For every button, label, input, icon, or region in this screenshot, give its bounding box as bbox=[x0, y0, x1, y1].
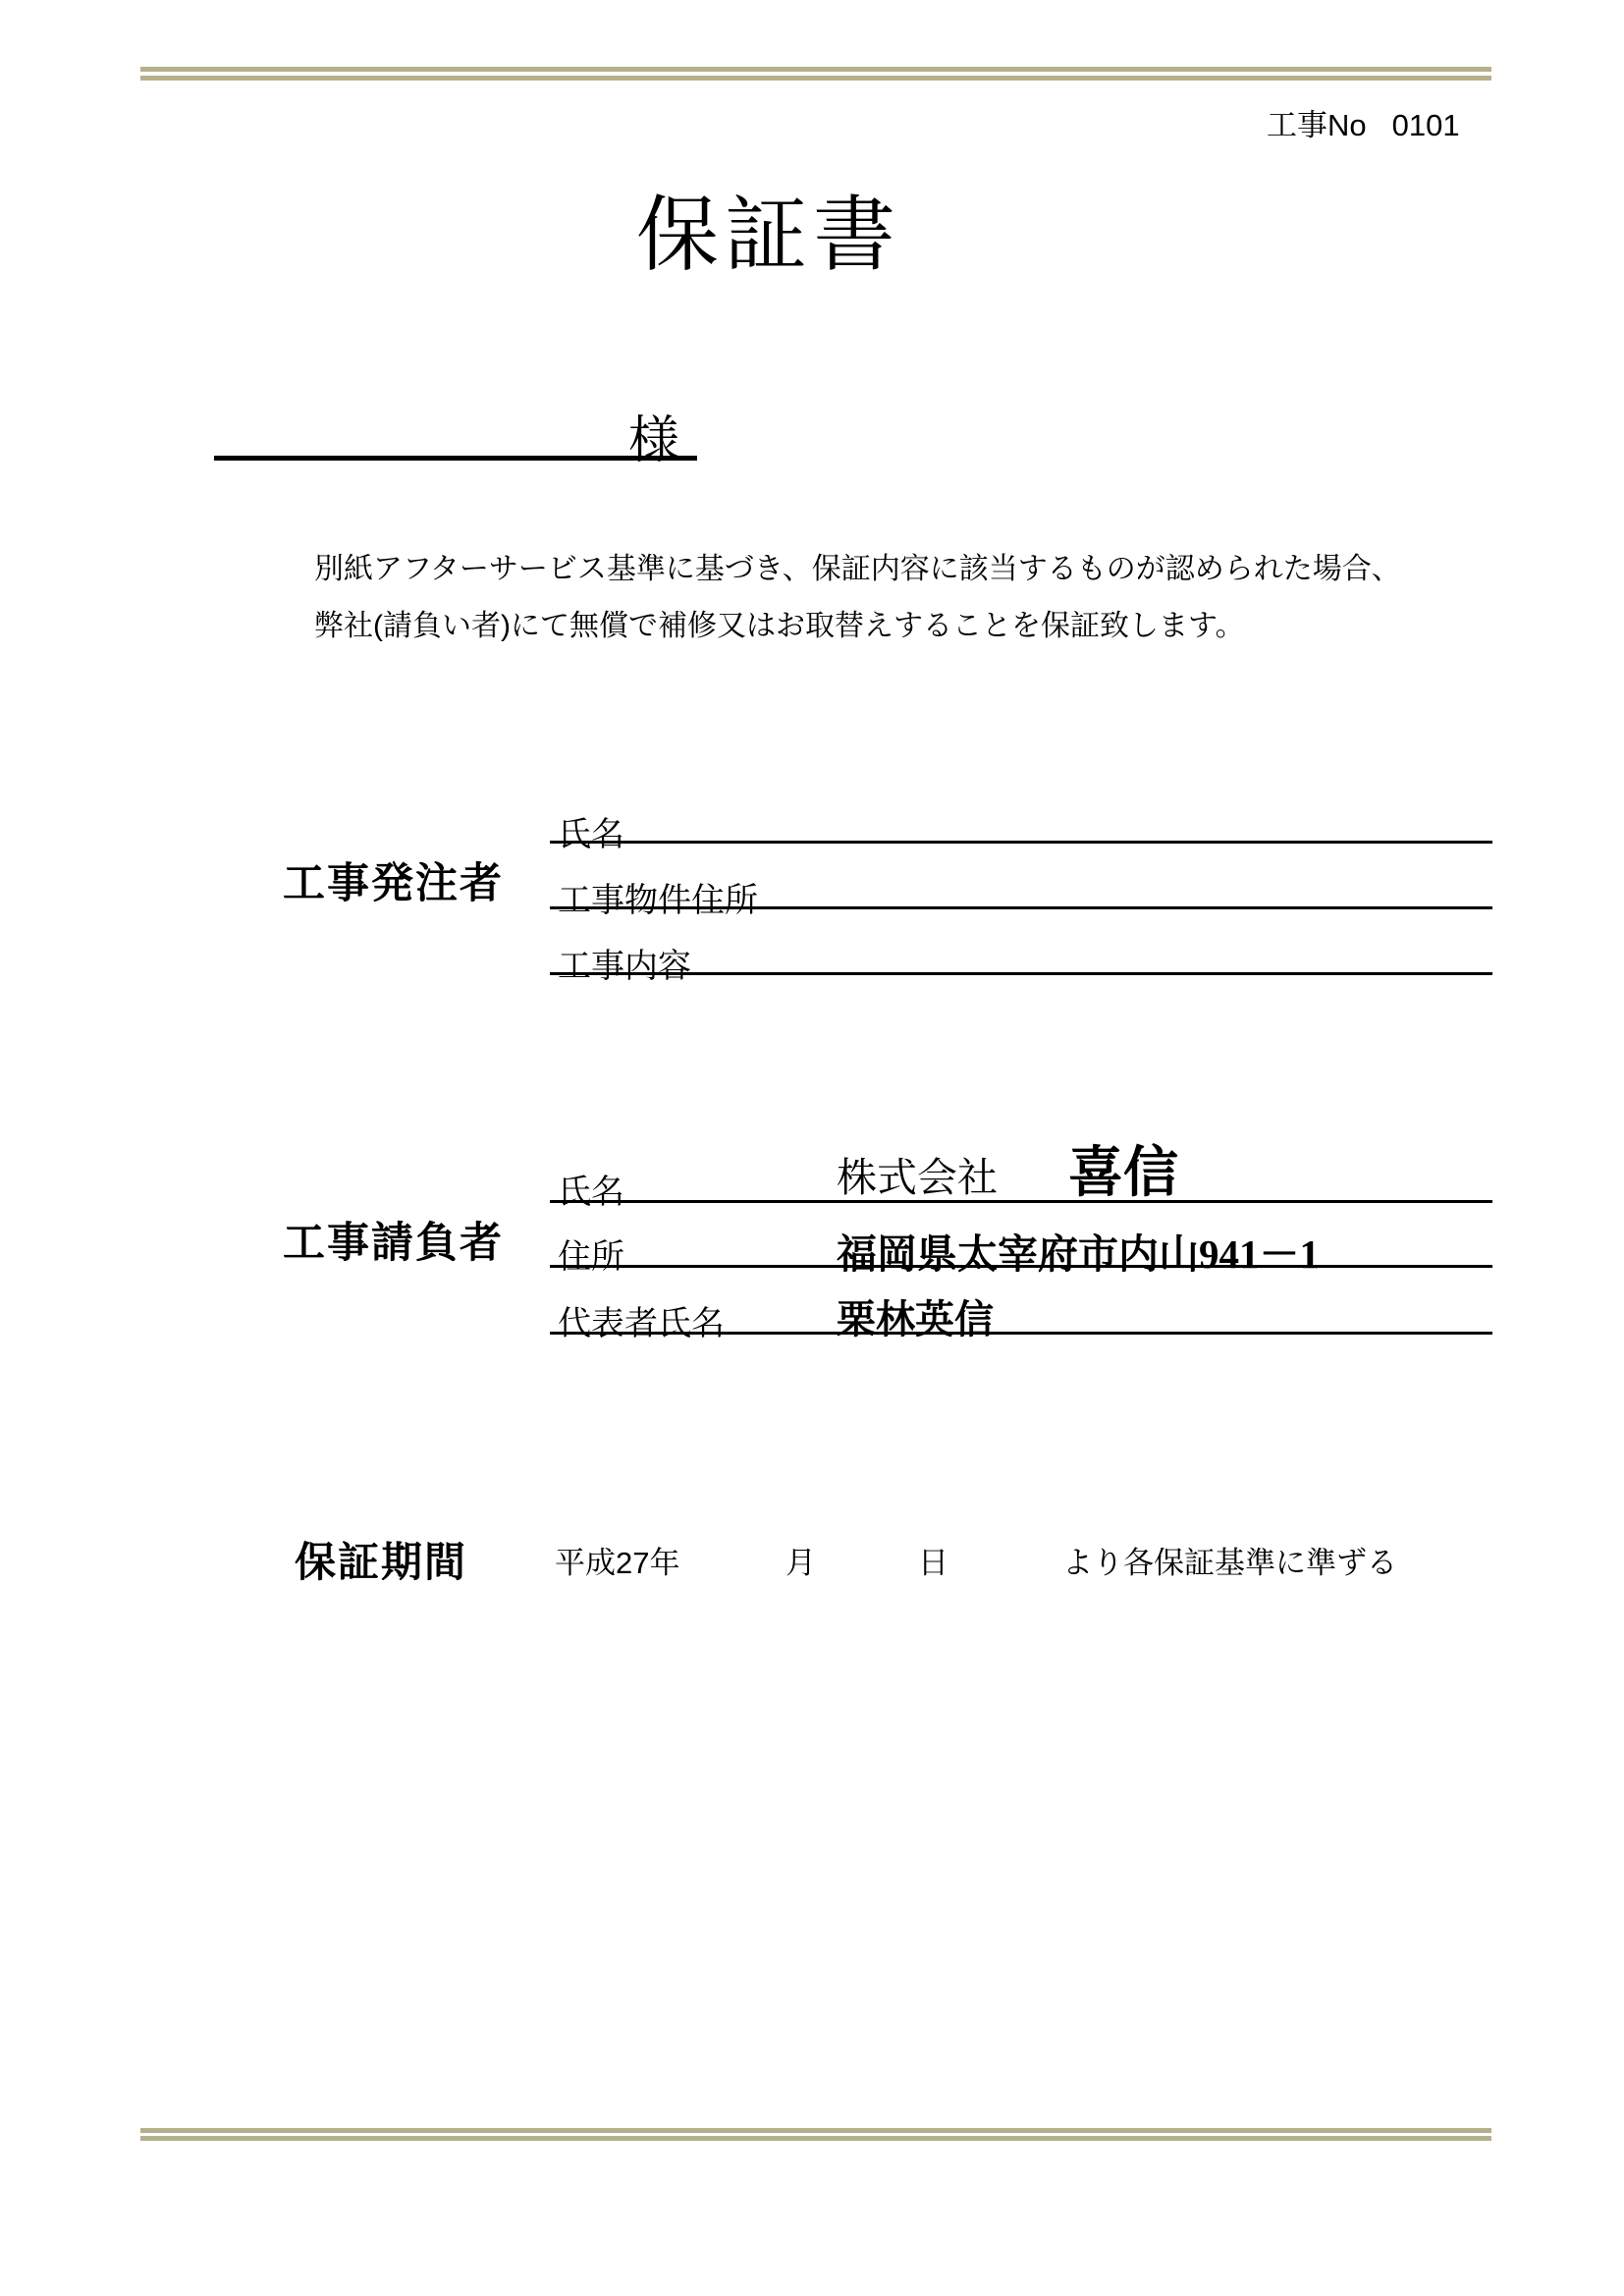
document-title: 保証書 bbox=[636, 169, 901, 288]
contractor-address-line bbox=[550, 1265, 1492, 1268]
work-number: 工事No0101 bbox=[1267, 100, 1460, 144]
contractor-representative-label: 代表者氏名 bbox=[558, 1296, 725, 1344]
contractor-representative-line bbox=[550, 1332, 1492, 1335]
orderer-work-description-blank-line bbox=[550, 972, 1492, 975]
warranty-document-page: 工事No0101 保証書 様 別紙アフターサービス基準に基づき、保証内容に該当す… bbox=[0, 0, 1624, 2296]
work-number-value: 0101 bbox=[1392, 108, 1460, 142]
contractor-address-label: 住所 bbox=[558, 1230, 624, 1278]
notice-line-2: 弊社(請負い者)にて無償で補修又はお取替えすることを保証致します。 bbox=[314, 598, 1401, 655]
orderer-property-address-label: 工事物件住所 bbox=[558, 873, 758, 921]
work-number-label: 工事No bbox=[1267, 108, 1367, 142]
orderer-name-label: 氏名 bbox=[558, 807, 624, 855]
orderer-work-description-label: 工事内容 bbox=[558, 939, 691, 987]
warranty-day-label: 日 bbox=[918, 1538, 948, 1582]
contractor-name-label: 氏名 bbox=[558, 1165, 624, 1213]
contractor-address-value: 福岡県太宰府市内山941－1 bbox=[837, 1222, 1320, 1280]
contractor-section-label: 工事請負者 bbox=[283, 1210, 504, 1270]
addressee-blank-line bbox=[214, 456, 697, 461]
orderer-section-label: 工事発注者 bbox=[283, 850, 504, 910]
orderer-property-address-blank-line bbox=[550, 906, 1492, 909]
top-double-rule bbox=[140, 67, 1491, 81]
warranty-note: より各保証基準に準ずる bbox=[1062, 1538, 1397, 1582]
warranty-era-year: 平成27年 bbox=[555, 1538, 679, 1582]
notice-line-1: 別紙アフターサービス基準に基づき、保証内容に該当するものが認められた場合、 bbox=[314, 541, 1401, 598]
warranty-period-label: 保証期間 bbox=[295, 1530, 467, 1589]
contractor-representative-value: 栗林英信 bbox=[837, 1288, 994, 1344]
contractor-name-line bbox=[550, 1200, 1492, 1203]
warranty-month-label: 月 bbox=[785, 1538, 816, 1582]
addressee-honorific: 様 bbox=[628, 399, 679, 472]
contractor-company-name: 喜信 bbox=[1068, 1129, 1178, 1208]
warranty-notice-paragraph: 別紙アフターサービス基準に基づき、保証内容に該当するものが認められた場合、 弊社… bbox=[314, 541, 1401, 655]
orderer-name-blank-line bbox=[550, 841, 1492, 844]
contractor-company-prefix: 株式会社 bbox=[837, 1145, 998, 1203]
bottom-double-rule bbox=[140, 2128, 1491, 2141]
